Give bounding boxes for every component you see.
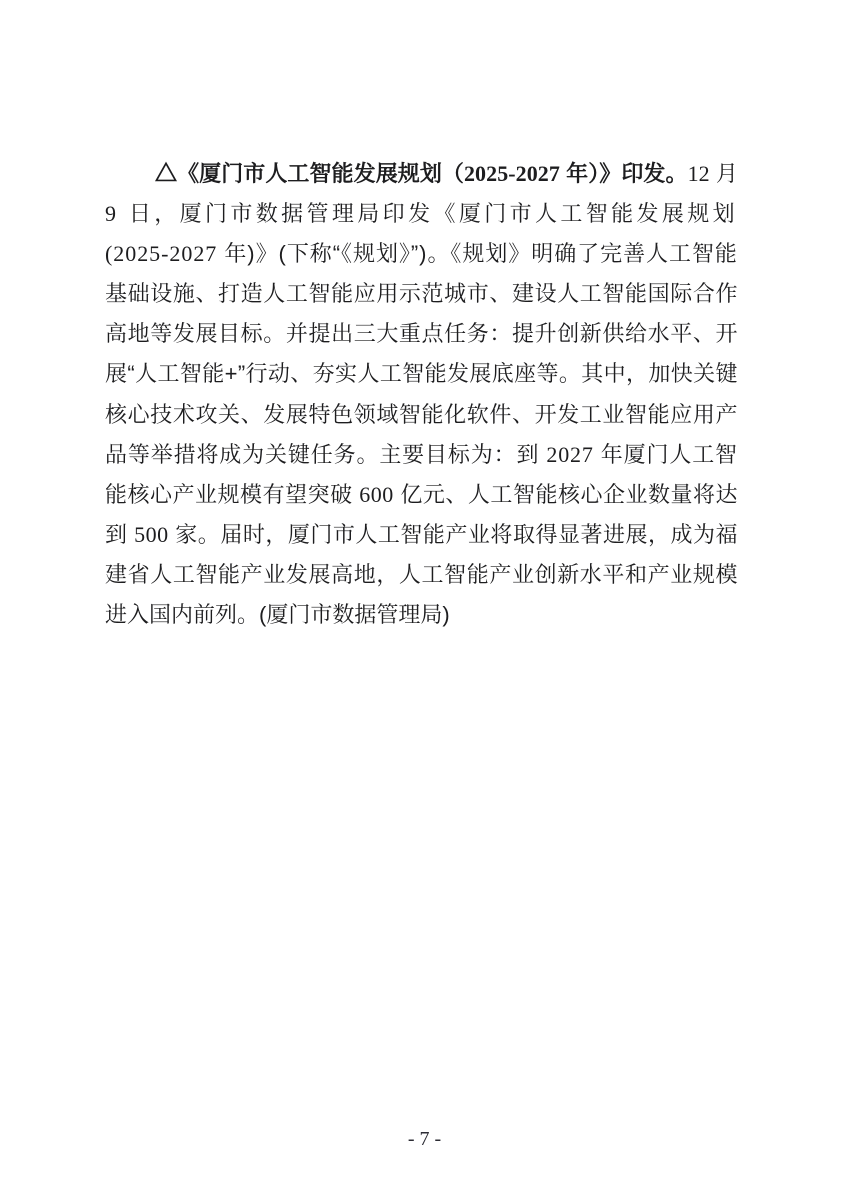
text-segment: 年厦门人工智: [594, 442, 738, 467]
text-segment: 年）》印发。: [560, 161, 688, 186]
text-line-content: △《厦门市人工智能发展规划（2025-2027 年）》印发。12 月: [155, 161, 738, 186]
text-line: (2025-2027 年)》(下称“《规划》”)。《规划》明确了完善人工智能: [105, 234, 738, 274]
text-segment: 亿元、人工智能核心企业数量将达: [394, 482, 738, 507]
text-segment: 建省人工智能产业发展高地，人工智能产业创新水平和产业规模: [105, 562, 738, 587]
text-segment: (2025-2027: [105, 241, 217, 266]
text-line: 高地等发展目标。并提出三大重点任务：提升创新供给水平、开: [105, 314, 738, 354]
text-line-content: 能核心产业规模有望突破 600 亿元、人工智能核心企业数量将达: [105, 482, 738, 507]
text-line: 到 500 家。届时，厦门市人工智能产业将取得显著进展，成为福: [105, 515, 738, 555]
text-line: 9 日，厦门市数据管理局印发《厦门市人工智能发展规划: [105, 194, 738, 234]
page-number: - 7 -: [0, 1128, 849, 1151]
text-segment: 核心技术攻关、发展特色领域智能化软件、开发工业智能应用产: [105, 402, 738, 427]
text-segment: 月: [710, 161, 738, 186]
text-line-content: 建省人工智能产业发展高地，人工智能产业创新水平和产业规模: [105, 562, 738, 587]
text-line-content: 核心技术攻关、发展特色领域智能化软件、开发工业智能应用产: [105, 402, 738, 427]
text-segment: 12: [688, 161, 710, 186]
text-segment: 年)》(下称“《规划》”)。《规划》明确了完善人工智能: [217, 241, 738, 266]
text-line: 进入国内前列。(厦门市数据管理局): [105, 595, 738, 635]
text-line-content: 高地等发展目标。并提出三大重点任务：提升创新供给水平、开: [105, 321, 738, 346]
text-segment: 展“人工智能+”行动、夯实人工智能发展底座等。其中，加快关键: [105, 361, 738, 386]
text-segment: 家。届时，厦门市人工智能产业将取得显著进展，成为福: [169, 522, 738, 547]
document-page: △《厦门市人工智能发展规划（2025-2027 年）》印发。12 月9 日，厦门…: [0, 0, 849, 1200]
text-segment: 能核心产业规模有望突破: [105, 482, 359, 507]
text-segment: 9: [105, 201, 119, 226]
text-line-content: (2025-2027 年)》(下称“《规划》”)。《规划》明确了完善人工智能: [105, 241, 738, 266]
text-segment: △《厦门市人工智能发展规划（: [155, 161, 464, 186]
text-line-content: 展“人工智能+”行动、夯实人工智能发展底座等。其中，加快关键: [105, 361, 738, 386]
text-line: △《厦门市人工智能发展规划（2025-2027 年）》印发。12 月: [105, 154, 738, 194]
text-line-content: 9 日，厦门市数据管理局印发《厦门市人工智能发展规划: [105, 201, 738, 226]
text-segment: 2025-2027: [464, 161, 560, 186]
text-line: 能核心产业规模有望突破 600 亿元、人工智能核心企业数量将达: [105, 475, 738, 515]
text-line: 品等举措将成为关键任务。主要目标为：到 2027 年厦门人工智: [105, 435, 738, 475]
text-segment: 到: [105, 522, 134, 547]
text-segment: 2027: [546, 442, 593, 467]
text-segment: 进入国内前列。(厦门市数据管理局): [105, 602, 450, 627]
text-line-content: 基础设施、打造人工智能应用示范城市、建设人工智能国际合作: [105, 281, 738, 306]
text-segment: 品等举措将成为关键任务。主要目标为：到: [105, 442, 546, 467]
text-line: 基础设施、打造人工智能应用示范城市、建设人工智能国际合作: [105, 274, 738, 314]
text-segment: 日，厦门市数据管理局印发《厦门市人工智能发展规划: [119, 201, 738, 226]
text-line: 展“人工智能+”行动、夯实人工智能发展底座等。其中，加快关键: [105, 354, 738, 394]
text-line: 建省人工智能产业发展高地，人工智能产业创新水平和产业规模: [105, 555, 738, 595]
text-segment: 基础设施、打造人工智能应用示范城市、建设人工智能国际合作: [105, 281, 738, 306]
text-line-content: 到 500 家。届时，厦门市人工智能产业将取得显著进展，成为福: [105, 522, 738, 547]
text-segment: 500: [134, 522, 169, 547]
text-segment: 高地等发展目标。并提出三大重点任务：提升创新供给水平、开: [105, 321, 738, 346]
text-segment: 600: [359, 482, 394, 507]
article-paragraph: △《厦门市人工智能发展规划（2025-2027 年）》印发。12 月9 日，厦门…: [105, 154, 738, 635]
text-line-content: 进入国内前列。(厦门市数据管理局): [105, 602, 450, 627]
text-line: 核心技术攻关、发展特色领域智能化软件、开发工业智能应用产: [105, 395, 738, 435]
text-line-content: 品等举措将成为关键任务。主要目标为：到 2027 年厦门人工智: [105, 442, 738, 467]
